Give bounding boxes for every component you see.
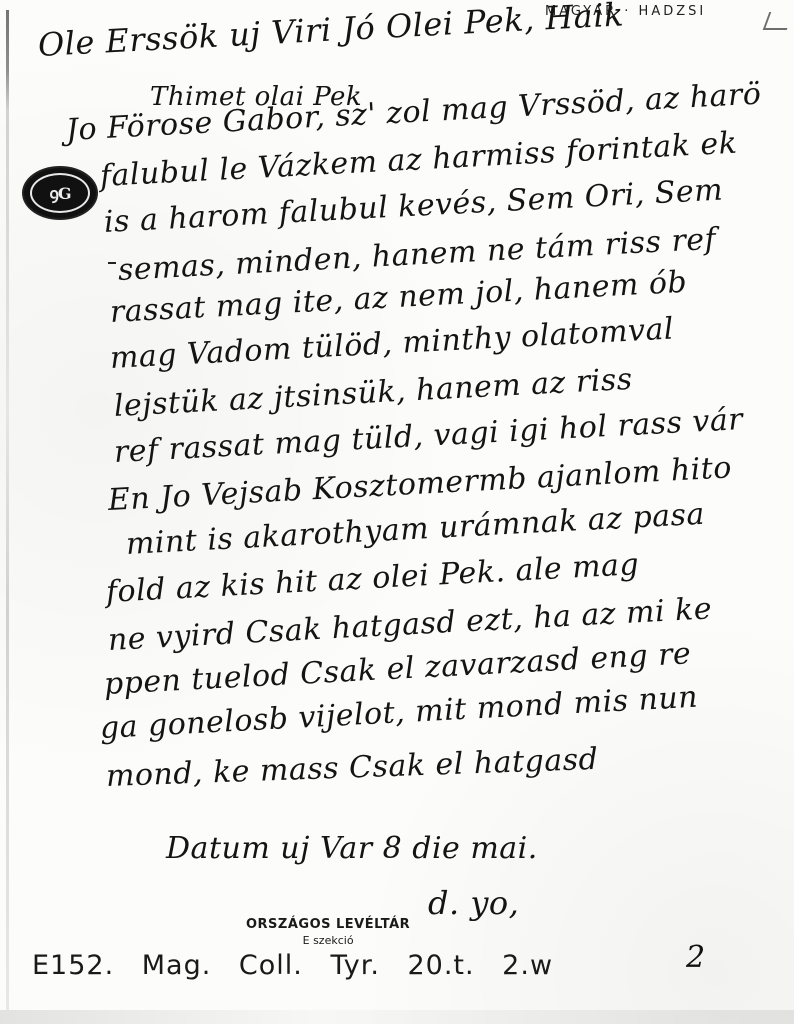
date-line: Datum uj Var 8 die mai.: [166, 832, 538, 866]
corner-fold-mark: [763, 12, 794, 30]
page-number: 2: [686, 940, 705, 975]
bottom-edge-smudge: [0, 1010, 794, 1024]
signature: d. yo,: [428, 886, 519, 920]
catalog-reference: E152. Mag. Coll. Tyr. 20.t. 2.w: [32, 950, 553, 981]
archive-stamp-section: E szekció: [246, 933, 410, 949]
wax-seal: ꝯG: [24, 168, 96, 218]
seal-emblem-icon: ꝯG: [30, 173, 90, 213]
body-line-15: mond, ke mass Csak el hatgasd: [105, 743, 598, 794]
archive-stamp-title: ORSZÁGOS LEVÉLTÁR: [246, 917, 410, 933]
page-edge-shadow: [6, 10, 9, 1010]
archive-stamp: ORSZÁGOS LEVÉLTÁR E szekció: [246, 917, 410, 949]
margin-dash: [108, 262, 116, 264]
manuscript-page: MAGYAR · HADZSI Ole Erssök uj Viri Jó Ol…: [0, 0, 794, 1024]
letter-heading: Ole Erssök uj Viri Jó Olei Pek, Haik: [37, 0, 625, 62]
